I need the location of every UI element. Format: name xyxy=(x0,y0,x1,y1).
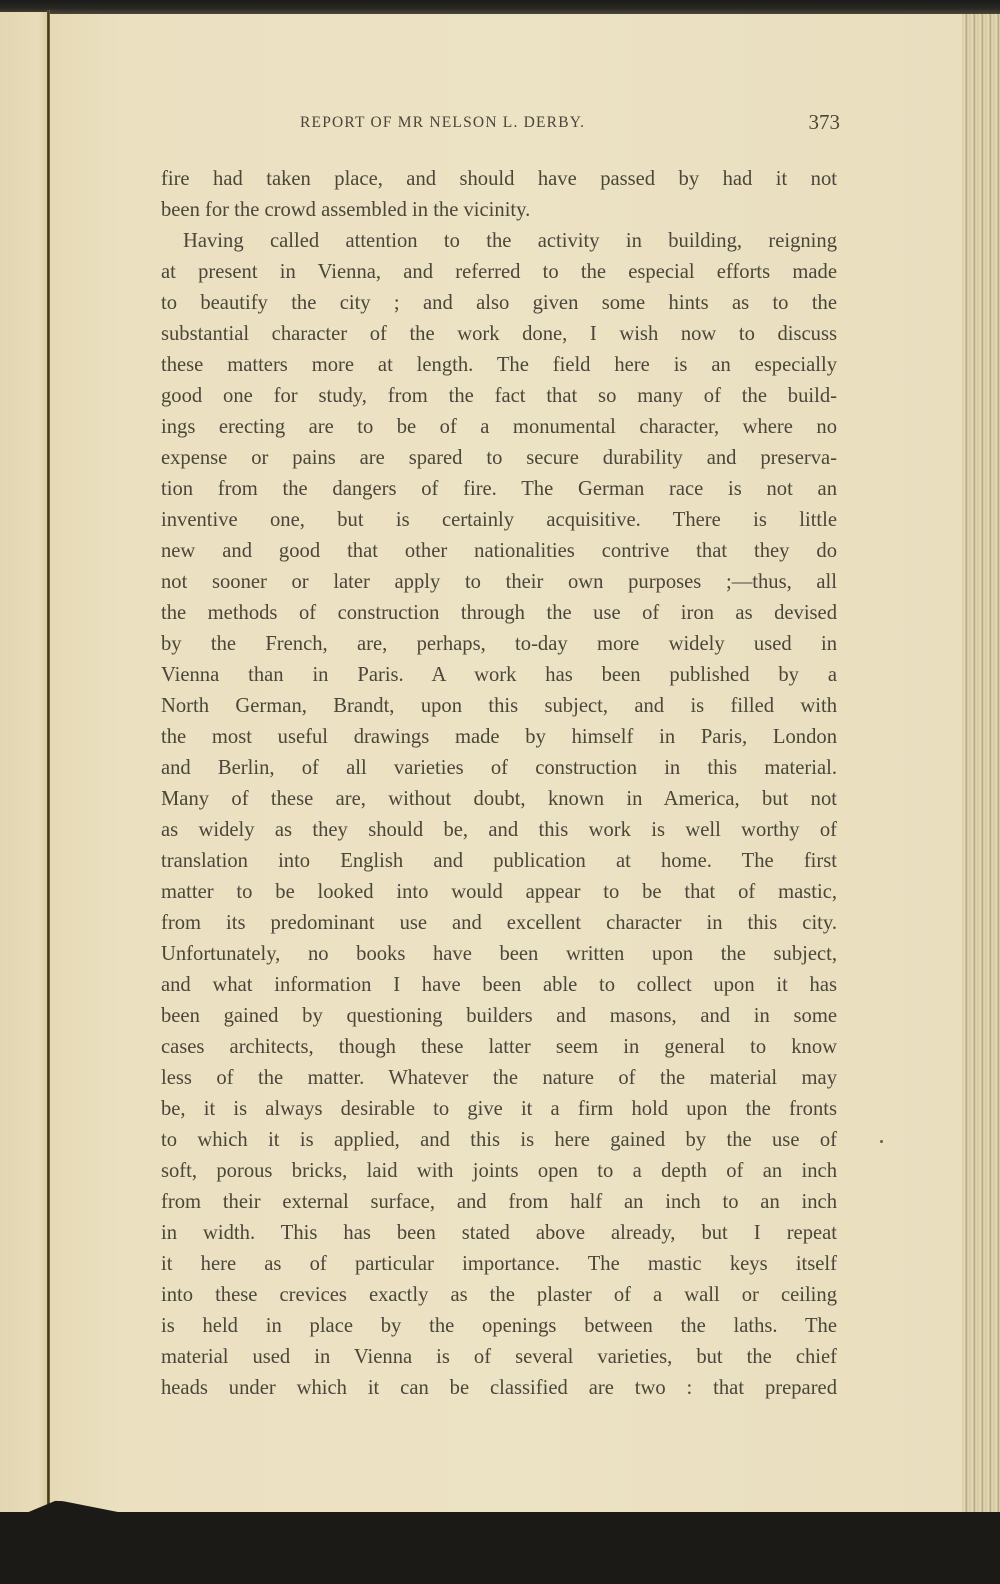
text-line: and Berlin, of all varieties of construc… xyxy=(161,753,837,784)
text-line: heads under which it can be classified a… xyxy=(161,1373,837,1404)
text-line: as widely as they should be, and this wo… xyxy=(161,815,837,846)
page-number: 373 xyxy=(809,110,841,135)
text-line: Many of these are, without doubt, known … xyxy=(161,784,837,815)
paper-speck xyxy=(880,1140,883,1143)
text-line: new and good that other nationalities co… xyxy=(161,536,837,567)
text-line: from its predominant use and excellent c… xyxy=(161,908,837,939)
running-head: REPORT OF MR NELSON L. DERBY. xyxy=(300,114,585,132)
text-line: in width. This has been stated above alr… xyxy=(161,1218,837,1249)
previous-page-edge xyxy=(0,12,48,1512)
text-line: expense or pains are spared to secure du… xyxy=(161,443,837,474)
text-line: it here as of particular importance. The… xyxy=(161,1249,837,1280)
text-line: by the French, are, perhaps, to-day more… xyxy=(161,629,837,660)
text-line: from their external surface, and from ha… xyxy=(161,1187,837,1218)
text-line: been for the crowd assembled in the vici… xyxy=(161,195,837,226)
body-text: fire had taken place, and should have pa… xyxy=(161,164,837,1404)
text-line: fire had taken place, and should have pa… xyxy=(161,164,837,195)
text-line: been gained by questioning builders and … xyxy=(161,1001,837,1032)
text-line: the most useful drawings made by himself… xyxy=(161,722,837,753)
text-line: the methods of construction through the … xyxy=(161,598,837,629)
text-line: inventive one, but is certainly acquisit… xyxy=(161,505,837,536)
text-line: substantial character of the work done, … xyxy=(161,319,837,350)
text-line: less of the matter. Whatever the nature … xyxy=(161,1063,837,1094)
paragraph-1: fire had taken place, and should have pa… xyxy=(161,164,837,226)
text-line: good one for study, from the fact that s… xyxy=(161,381,837,412)
text-line: material used in Vienna is of several va… xyxy=(161,1342,837,1373)
paragraph-2: Having called attention to the activity … xyxy=(161,226,837,1404)
text-line: Having called attention to the activity … xyxy=(161,226,837,257)
text-line: Unfortunately, no books have been writte… xyxy=(161,939,837,970)
text-line: soft, porous bricks, laid with joints op… xyxy=(161,1156,837,1187)
text-line: to which it is applied, and this is here… xyxy=(161,1125,837,1156)
page-stack-edges xyxy=(962,14,1000,1519)
text-line: at present in Vienna, and referred to th… xyxy=(161,257,837,288)
text-line: and what information I have been able to… xyxy=(161,970,837,1001)
book-top-edge xyxy=(0,0,1000,14)
text-line: is held in place by the openings between… xyxy=(161,1311,837,1342)
text-line: Vienna than in Paris. A work has been pu… xyxy=(161,660,837,691)
text-line: translation into English and publication… xyxy=(161,846,837,877)
text-line: these matters more at length. The field … xyxy=(161,350,837,381)
text-line: into these crevices exactly as the plast… xyxy=(161,1280,837,1311)
text-line: cases architects, though these latter se… xyxy=(161,1032,837,1063)
text-line: tion from the dangers of fire. The Germa… xyxy=(161,474,837,505)
text-line: ings erecting are to be of a monumental … xyxy=(161,412,837,443)
text-line: be, it is always desirable to give it a … xyxy=(161,1094,837,1125)
text-line: to beautify the city ; and also given so… xyxy=(161,288,837,319)
page-header: REPORT OF MR NELSON L. DERBY. 373 xyxy=(160,110,840,138)
text-line: not sooner or later apply to their own p… xyxy=(161,567,837,598)
text-line: North German, Brandt, upon this subject,… xyxy=(161,691,837,722)
text-line: matter to be looked into would appear to… xyxy=(161,877,837,908)
